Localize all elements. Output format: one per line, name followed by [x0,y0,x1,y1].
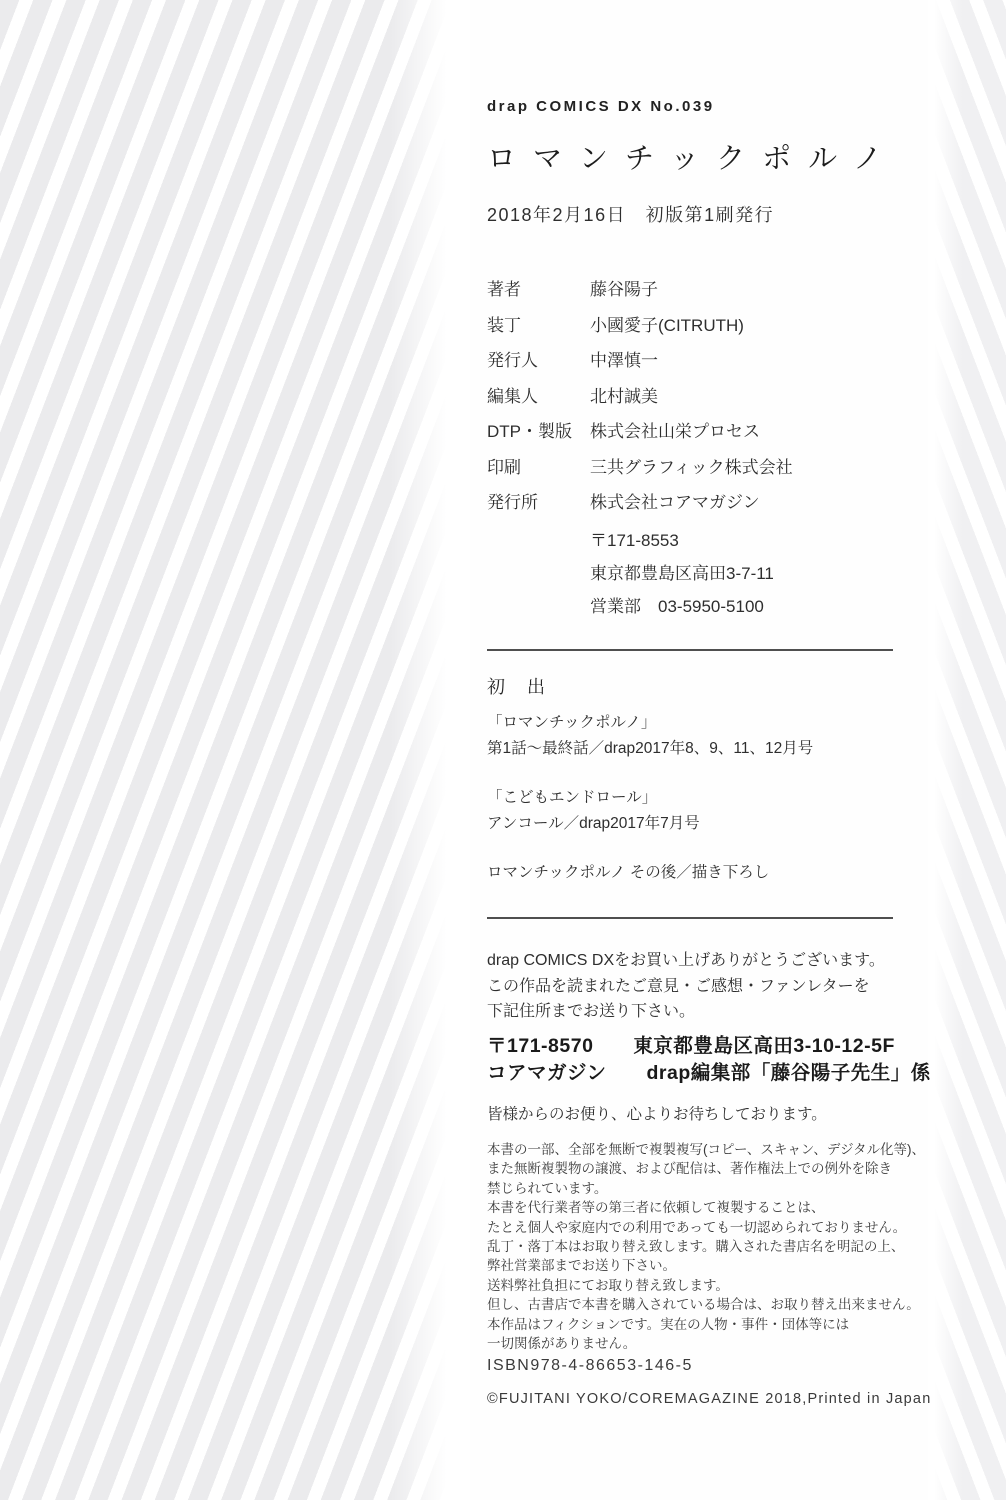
credit-label-editor: 編集人 [487,379,590,415]
first-publication-entry-main: 「ロマンチックポルノ」 第1話～最終話／drap2017年8、9、11、12月号 [487,710,813,762]
first-publication-entry-second: 「こどもエンドロール」 アンコール／drap2017年7月号 [487,785,700,837]
credit-value-publisher-person: 中澤慎一 [590,343,793,379]
book-title: ロマンチックポルノ [487,136,899,177]
credit-label-printing: 印刷 [487,450,590,486]
first-publication-entry-extra: ロマンチックポルノ その後／描き下ろし [487,860,769,886]
credit-label-publisher-person: 発行人 [487,343,590,379]
stripes-left-fade-overlay [0,0,470,1500]
reader-closing-line: 皆様からのお便り、心よりお待ちしております。 [487,1102,827,1124]
legal-line: また無断複製物の譲渡、および配信は、著作権法上での例外を除き [487,1159,925,1178]
legal-line: 本書を代行業者等の第三者に依頼して複製することは、 [487,1198,925,1217]
credit-label-publishing-house: 発行所 [487,485,590,521]
entry-title: 「こどもエンドロール」 [487,785,700,811]
legal-line: 一切関係がありません。 [487,1334,925,1353]
stripes-right-fade-overlay [928,0,1006,1500]
entry-detail: 第1話～最終話／drap2017年8、9、11、12月号 [487,736,813,762]
credit-label-dtp: DTP・製版 [487,414,590,450]
legal-line: 本書の一部、全部を無断で複製複写(コピー、スキャン、デジタル化等)、 [487,1140,925,1159]
reader-notice-line: この作品を読まれたご意見・ご感想・ファンレターを [487,974,885,1000]
publisher-address-block: 〒171-8553 東京都豊島区高田3-7-11 営業部 03-5950-510… [590,524,774,623]
legal-line: たとえ個人や家庭内での利用であっても一切認められておりません。 [487,1218,925,1237]
publisher-postal-code: 〒171-8553 [590,524,774,557]
entry-title: 「ロマンチックポルノ」 [487,710,813,736]
fan-letter-address: 〒171-8570 東京都豊島区高田3-10-12-5F コアマガジン drap… [487,1033,931,1086]
legal-line: 弊社営業部までお送り下さい。 [487,1256,925,1275]
colophon-page: drap COMICS DX No.039 ロマンチックポルノ 2018年2月1… [0,0,1006,1500]
entry-detail: アンコール／drap2017年7月号 [487,811,700,837]
credits-table: 著者 藤谷陽子 装丁 小國愛子(CITRUTH) 発行人 中澤慎一 編集人 北村… [487,272,793,521]
credit-value-author: 藤谷陽子 [590,272,793,308]
reader-notice: drap COMICS DXをお買い上げありがとうございます。 この作品を読まれ… [487,948,885,1025]
copyright-line: ©FUJITANI YOKO/COREMAGAZINE 2018,Printed… [487,1391,931,1407]
series-number: drap COMICS DX No.039 [487,98,715,115]
divider-rule-top [487,649,893,651]
credit-value-publishing-house: 株式会社コアマガジン [590,485,793,521]
legal-line: 但し、古書店で本書を購入されている場合は、お取り替え出来ません。 [487,1295,925,1314]
edition-date: 2018年2月16日 初版第1刷発行 [487,201,774,227]
legal-line: 禁じられています。 [487,1179,925,1198]
legal-notice: 本書の一部、全部を無断で複製複写(コピー、スキャン、デジタル化等)、 また無断複… [487,1140,925,1353]
legal-line: 送料弊社負担にてお取り替え致します。 [487,1276,925,1295]
legal-line: 本作品はフィクションです。実在の人物・事件・団体等には [487,1315,925,1334]
sales-department-phone: 営業部 03-5950-5100 [590,590,774,623]
reader-notice-line: drap COMICS DXをお買い上げありがとうございます。 [487,948,885,974]
credit-value-editor: 北村誠美 [590,379,793,415]
entry-title: ロマンチックポルノ その後／描き下ろし [487,860,769,886]
isbn-number: ISBN978-4-86653-146-5 [487,1357,693,1375]
reader-notice-line: 下記住所までお送り下さい。 [487,999,885,1025]
credit-value-printing: 三共グラフィック株式会社 [590,450,793,486]
credit-label-design: 装丁 [487,308,590,344]
credit-value-design: 小國愛子(CITRUTH) [590,308,793,344]
publisher-street-address: 東京都豊島区高田3-7-11 [590,557,774,590]
fan-letter-department-line: コアマガジン drap編集部「藤谷陽子先生」係 [487,1060,931,1087]
first-publication-heading: 初 出 [487,673,547,699]
legal-line: 乱丁・落丁本はお取り替え致します。購入された書店名を明記の上、 [487,1237,925,1256]
fan-letter-postal-line: 〒171-8570 東京都豊島区高田3-10-12-5F [487,1033,931,1060]
credit-value-dtp: 株式会社山栄プロセス [590,414,793,450]
credit-label-author: 著者 [487,272,590,308]
divider-rule-bottom [487,917,893,919]
